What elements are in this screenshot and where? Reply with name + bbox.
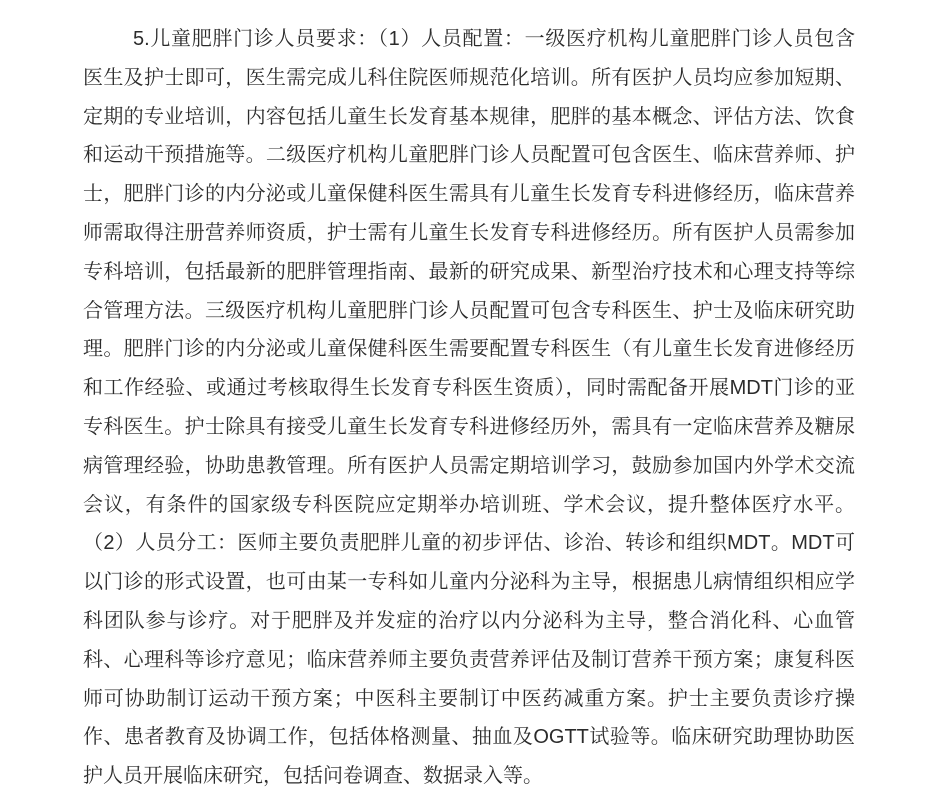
text-line: 理。肥胖门诊的内分泌或儿童保健科医生需要配置专科医生（有儿童生长发育进修经历	[83, 330, 855, 369]
text-line: 护人员开展临床研究，包括问卷调查、数据录入等。	[83, 757, 855, 796]
document-page: 5.儿童肥胖门诊人员要求：（1）人员配置：一级医疗机构儿童肥胖门诊人员包含 医生…	[0, 0, 931, 802]
text-line: 病管理经验，协助患教管理。所有医护人员需定期培训学习，鼓励参加国内外学术交流	[83, 447, 855, 486]
text-line: 科、心理科等诊疗意见；临床营养师主要负责营养评估及制订营养干预方案；康复科医	[83, 641, 855, 680]
text-line: 师需取得注册营养师资质，护士需有儿童生长发育专科进修经历。所有医护人员需参加	[83, 214, 855, 253]
text-line: 专科医生。护士除具有接受儿童生长发育专科进修经历外，需具有一定临床营养及糖尿	[83, 408, 855, 447]
text-line: 作、患者教育及协调工作，包括体格测量、抽血及OGTT试验等。临床研究助理协助医	[83, 718, 855, 757]
text-line: 合管理方法。三级医疗机构儿童肥胖门诊人员配置可包含专科医生、护士及临床研究助	[83, 292, 855, 331]
text-line: 专科培训，包括最新的肥胖管理指南、最新的研究成果、新型治疗技术和心理支持等综	[83, 253, 855, 292]
text-line: 5.儿童肥胖门诊人员要求：（1）人员配置：一级医疗机构儿童肥胖门诊人员包含	[83, 20, 855, 59]
document-body: 5.儿童肥胖门诊人员要求：（1）人员配置：一级医疗机构儿童肥胖门诊人员包含 医生…	[83, 20, 855, 796]
text-line: 科团队参与诊疗。对于肥胖及并发症的治疗以内分泌科为主导，整合消化科、心血管	[83, 602, 855, 641]
text-line: （2）人员分工：医师主要负责肥胖儿童的初步评估、诊治、转诊和组织MDT。MDT可	[83, 524, 855, 563]
text-line: 会议，有条件的国家级专科医院应定期举办培训班、学术会议，提升整体医疗水平。	[83, 486, 855, 525]
text-line: 定期的专业培训，内容包括儿童生长发育基本规律，肥胖的基本概念、评估方法、饮食	[83, 98, 855, 137]
text-line: 师可协助制订运动干预方案；中医科主要制订中医药减重方案。护士主要负责诊疗操	[83, 680, 855, 719]
text-line: 医生及护士即可，医生需完成儿科住院医师规范化培训。所有医护人员均应参加短期、	[83, 59, 855, 98]
text-line: 和运动干预措施等。二级医疗机构儿童肥胖门诊人员配置可包含医生、临床营养师、护	[83, 136, 855, 175]
text-line: 士，肥胖门诊的内分泌或儿童保健科医生需具有儿童生长发育专科进修经历，临床营养	[83, 175, 855, 214]
text-line: 以门诊的形式设置，也可由某一专科如儿童内分泌科为主导，根据患儿病情组织相应学	[83, 563, 855, 602]
text-line: 和工作经验、或通过考核取得生长发育专科医生资质），同时需配备开展MDT门诊的亚	[83, 369, 855, 408]
